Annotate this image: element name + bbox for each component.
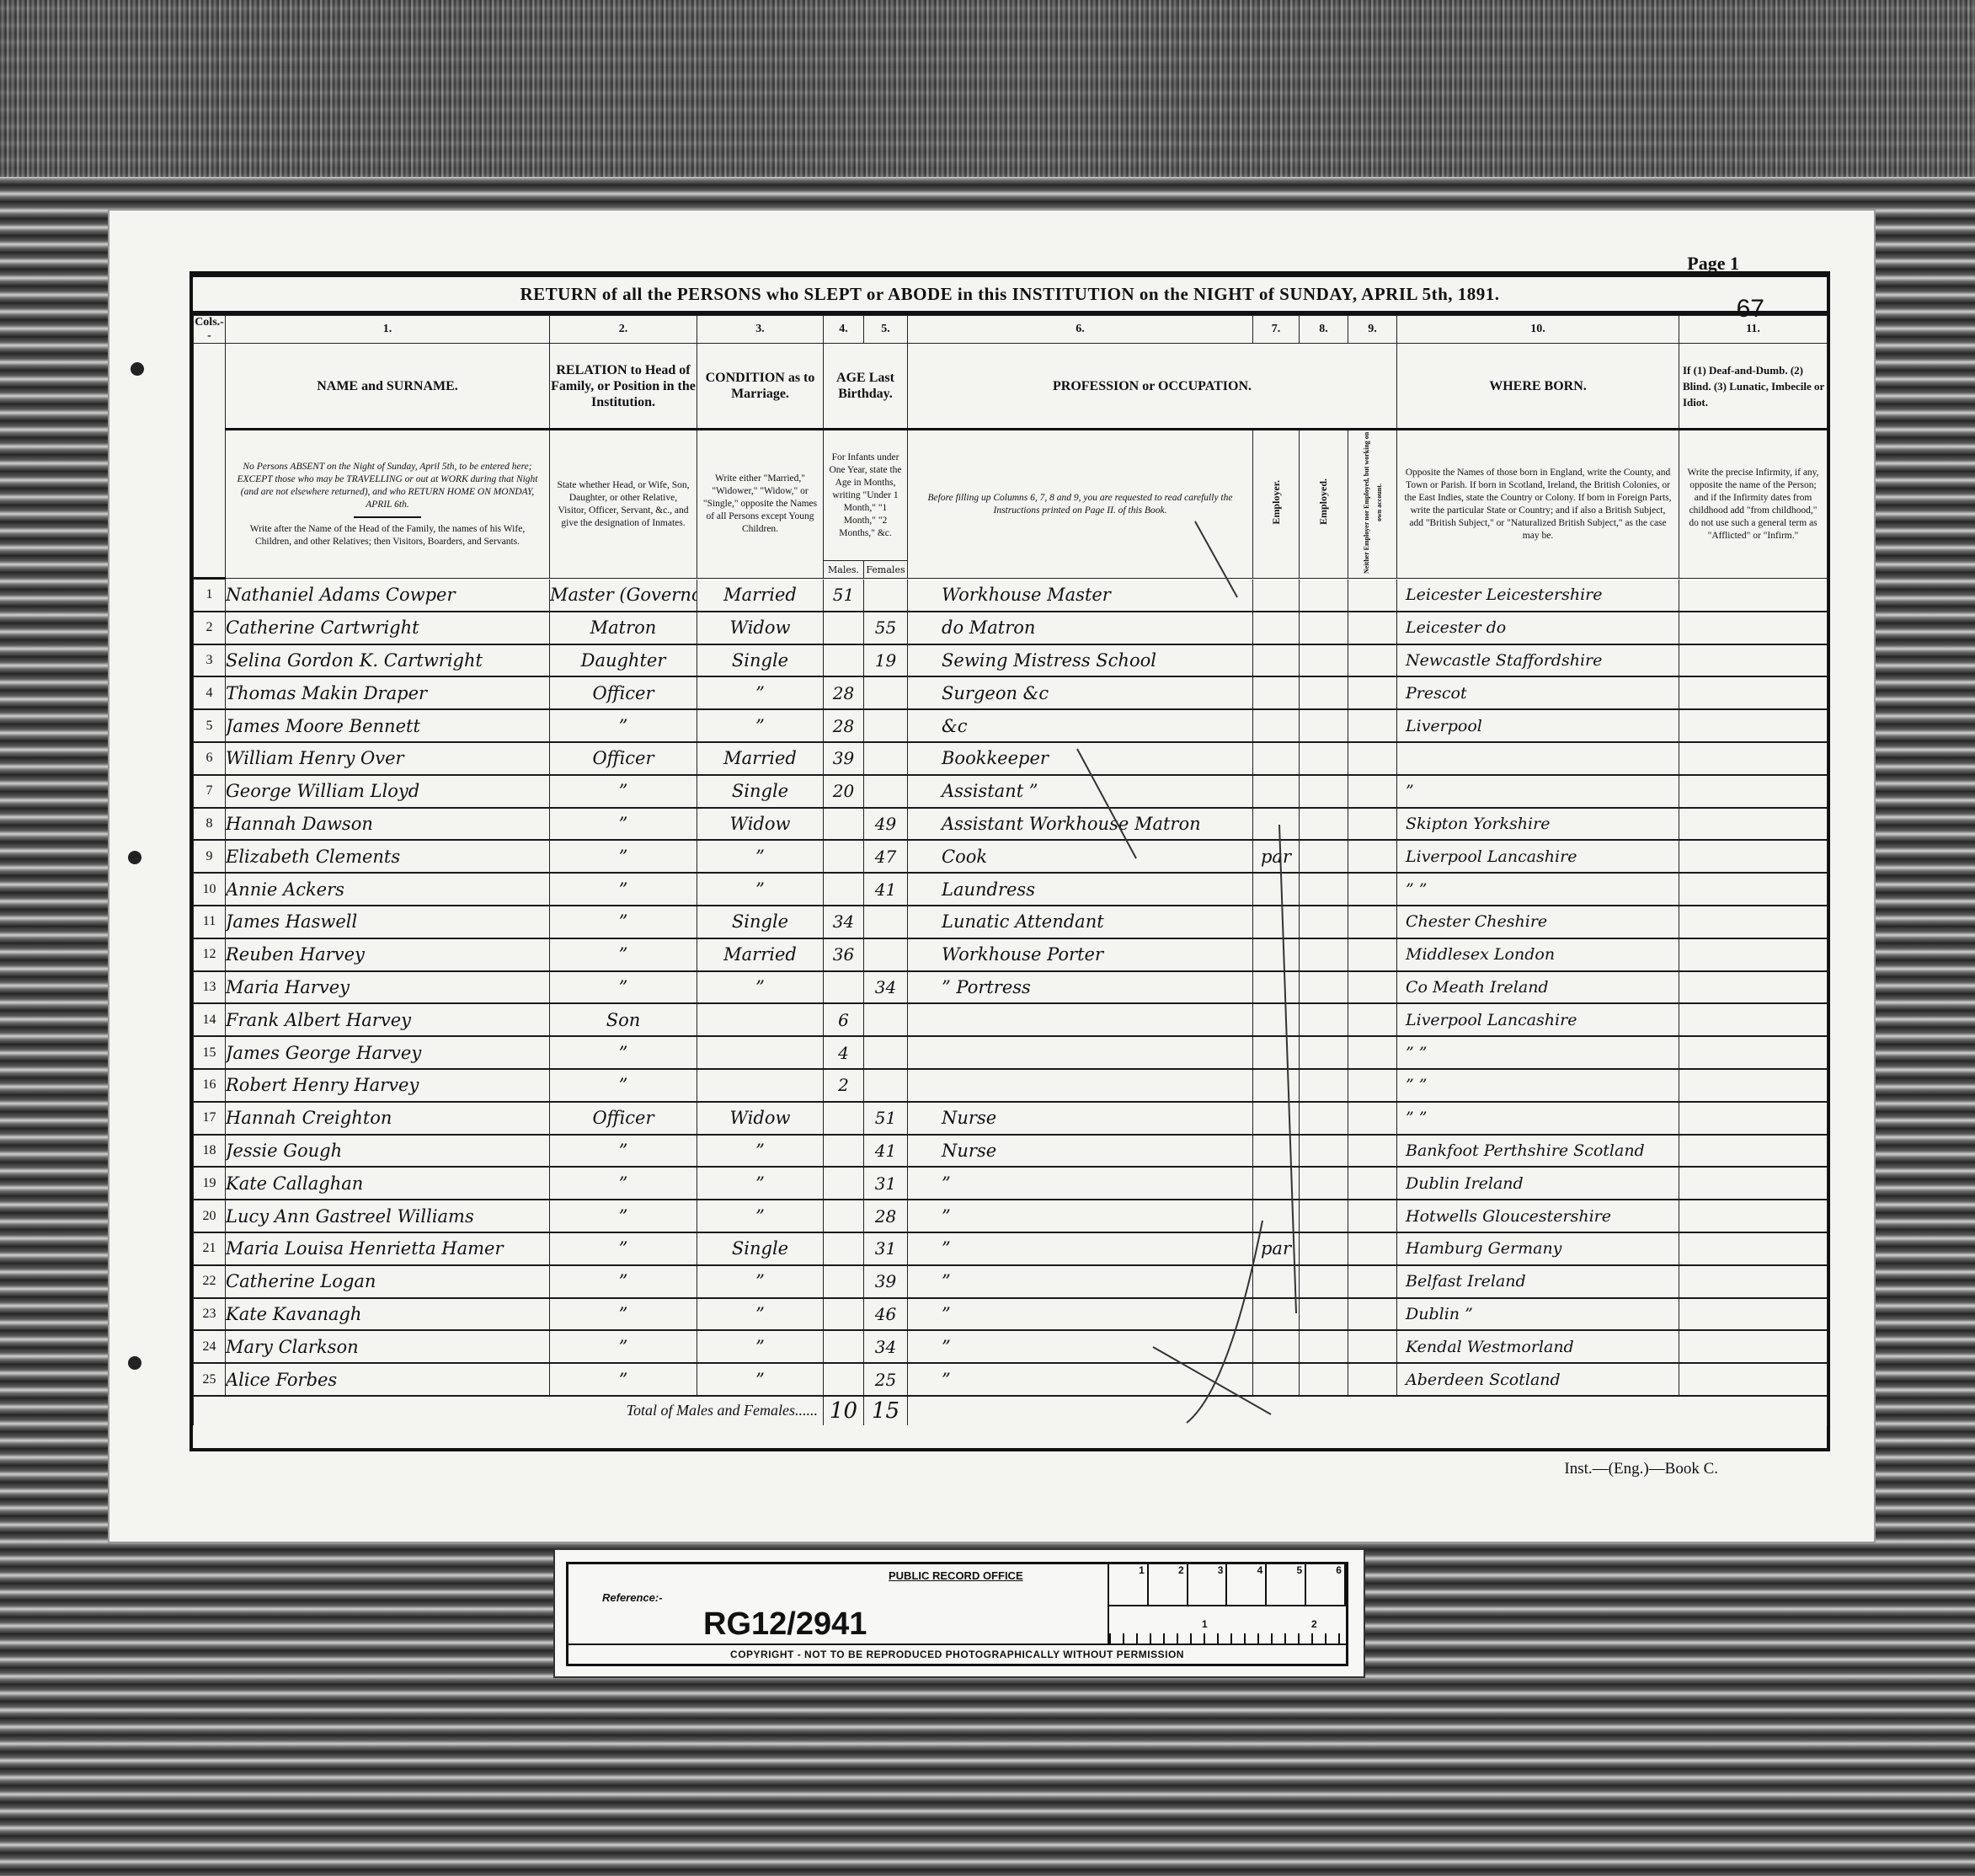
cell-no: 15: [194, 1036, 226, 1069]
cell-blank: [1679, 938, 1828, 971]
cell-male-age: [824, 644, 864, 677]
cell-relation: Officer: [550, 742, 697, 775]
cell-occupation: Nurse: [908, 1102, 1253, 1135]
cell-occupation: ”: [908, 1167, 1253, 1200]
cell-blank: [1679, 1363, 1828, 1396]
instr-condition: Write either "Married," "Widower," "Wido…: [697, 430, 824, 579]
scale-ticks: [1109, 1605, 1346, 1645]
cell-occupation: [908, 1003, 1253, 1036]
cell-female-age: [864, 1003, 908, 1036]
cell-blank: [1300, 1003, 1348, 1036]
cell-occupation: ”: [908, 1200, 1253, 1232]
cell-name: Annie Ackers: [226, 873, 550, 906]
cell-blank: [1679, 1003, 1828, 1036]
cell-born: Co Meath Ireland: [1397, 971, 1679, 1004]
cell-name: James George Harvey: [226, 1036, 550, 1069]
col-num: 1.: [226, 316, 550, 344]
col-num: 2.: [550, 316, 697, 344]
cell-occupation: Assistant ”: [908, 775, 1253, 808]
cell-relation: ”: [550, 1069, 697, 1102]
cell-no: 4: [194, 676, 226, 709]
cell-blank: [1348, 906, 1397, 938]
table-row: 19Kate Callaghan””31”Dublin Ireland: [194, 1167, 1828, 1200]
cell-condition: ”: [697, 873, 824, 906]
cell-name: Lucy Ann Gastreel Williams: [226, 1200, 550, 1232]
header-relation: RELATION to Head of Family, or Position …: [550, 344, 697, 430]
cell-blank: [1300, 742, 1348, 775]
cell-condition: ”: [697, 1167, 824, 1200]
row-number-header: [194, 344, 226, 579]
cell-name: Nathaniel Adams Cowper: [226, 580, 550, 612]
cell-blank: [1300, 840, 1348, 873]
table-row: 4Thomas Makin DraperOfficer”28Surgeon &c…: [194, 676, 1828, 709]
cell-name: Alice Forbes: [226, 1363, 550, 1396]
scale-tick: 6: [1306, 1564, 1346, 1605]
cell-emp-note: [1253, 938, 1300, 971]
cell-female-age: 19: [864, 644, 908, 677]
scale-tick: 5: [1267, 1564, 1306, 1605]
cell-occupation: Laundress: [908, 873, 1253, 906]
cell-blank: [1300, 1102, 1348, 1135]
cell-no: 17: [194, 1102, 226, 1135]
cell-blank: [1348, 742, 1397, 775]
col-num: 4.: [824, 316, 864, 344]
copyright-notice: COPYRIGHT - NOT TO BE REPRODUCED PHOTOGR…: [568, 1644, 1346, 1664]
reference-slip-frame: PUBLIC RECORD OFFICE Reference:- RG12/29…: [566, 1562, 1348, 1666]
instr-infirmity: Write the precise Infirmity, if any, opp…: [1679, 430, 1828, 579]
cell-blank: [1300, 1363, 1348, 1396]
cell-relation: ”: [550, 1363, 697, 1396]
cell-blank: [1348, 580, 1397, 612]
cell-name: Thomas Makin Draper: [226, 676, 550, 709]
cell-male-age: [824, 1135, 864, 1168]
cell-emp-note: [1253, 906, 1300, 938]
table-row: 17Hannah CreightonOfficerWidow51Nurse ” …: [194, 1102, 1828, 1135]
cell-no: 19: [194, 1167, 226, 1200]
cell-name: James Moore Bennett: [226, 709, 550, 742]
cell-born: Prescot: [1397, 676, 1679, 709]
cell-blank: [1348, 1069, 1397, 1102]
cell-emp-note: par: [1253, 1232, 1300, 1265]
totals-blank: [908, 1396, 1828, 1425]
cell-emp-note: [1253, 775, 1300, 808]
table-row: 20Lucy Ann Gastreel Williams””28”Hotwell…: [194, 1200, 1828, 1232]
entries-table: 1Nathaniel Adams CowperMaster (Governor)…: [193, 580, 1828, 1425]
cell-emp-note: par: [1253, 840, 1300, 873]
cell-condition: [697, 1036, 824, 1069]
cell-blank: [1300, 644, 1348, 677]
cell-blank: [1348, 808, 1397, 841]
cell-name: Selina Gordon K. Cartwright: [226, 644, 550, 677]
table-row: 13Maria Harvey””34” PortressCo Meath Ire…: [194, 971, 1828, 1004]
table-row: 2Catherine CartwrightMatronWidow55do Mat…: [194, 612, 1828, 644]
cell-no: 24: [194, 1330, 226, 1363]
cell-blank: [1679, 709, 1828, 742]
cell-occupation: Lunatic Attendant: [908, 906, 1253, 938]
cell-no: 18: [194, 1135, 226, 1168]
cell-occupation: ”: [908, 1330, 1253, 1363]
header-where-born: WHERE BORN.: [1397, 344, 1679, 430]
cell-occupation: ”: [908, 1363, 1253, 1396]
cell-female-age: 28: [864, 1200, 908, 1232]
cell-female-age: 41: [864, 1135, 908, 1168]
cell-emp-note: [1253, 873, 1300, 906]
cell-occupation: Nurse: [908, 1135, 1253, 1168]
table-row: 8Hannah Dawson”Widow49Assistant Workhous…: [194, 808, 1828, 841]
instr-occupation: Before filling up Columns 6, 7, 8 and 9,…: [908, 430, 1253, 579]
cell-male-age: [824, 1265, 864, 1298]
instr-where-born: Opposite the Names of those born in Engl…: [1397, 430, 1679, 579]
cell-relation: ”: [550, 808, 697, 841]
cell-condition: ”: [697, 971, 824, 1004]
scale-tick: 2: [1149, 1564, 1188, 1605]
cell-no: 5: [194, 709, 226, 742]
census-page: Page 1 67 RETURN of all the PERSONS who …: [109, 211, 1874, 1542]
cell-male-age: 36: [824, 938, 864, 971]
cell-occupation: [908, 1069, 1253, 1102]
table-row: 16Robert Henry Harvey”2 ” ”: [194, 1069, 1828, 1102]
col-num: 3.: [697, 316, 824, 344]
cell-blank: [1348, 1200, 1397, 1232]
table-row: 25Alice Forbes””25”Aberdeen Scotland: [194, 1363, 1828, 1396]
cell-emp-note: [1253, 971, 1300, 1004]
cell-blank: [1679, 1298, 1828, 1331]
scale-tick: 1: [1109, 1564, 1149, 1605]
cell-blank: [1300, 1036, 1348, 1069]
cell-blank: [1348, 971, 1397, 1004]
cell-blank: [1679, 1069, 1828, 1102]
cell-relation: ”: [550, 1232, 697, 1265]
cell-no: 9: [194, 840, 226, 873]
cols-label: Cols.--: [194, 316, 226, 344]
cell-blank: [1348, 840, 1397, 873]
punch-hole-icon: [131, 362, 144, 376]
cell-female-age: 39: [864, 1265, 908, 1298]
cell-born: Hotwells Gloucestershire: [1397, 1200, 1679, 1232]
cell-blank: [1679, 612, 1828, 644]
cell-no: 1: [194, 580, 226, 612]
census-form: RETURN of all the PERSONS who SLEPT or A…: [189, 271, 1830, 1451]
cell-blank: [1300, 906, 1348, 938]
cell-no: 3: [194, 644, 226, 677]
totals-row: Total of Males and Females...... 10 15: [194, 1396, 1828, 1425]
instr-name: No Persons ABSENT on the Night of Sunday…: [226, 430, 550, 579]
cell-female-age: [864, 580, 908, 612]
cell-relation: ”: [550, 1298, 697, 1331]
scale-top: 1 2 3 4 5 6: [1109, 1564, 1346, 1606]
cell-female-age: 34: [864, 1330, 908, 1363]
cell-male-age: [824, 840, 864, 873]
total-females: 15: [864, 1396, 908, 1425]
cell-male-age: [824, 1232, 864, 1265]
cell-blank: [1300, 775, 1348, 808]
cell-condition: ”: [697, 1298, 824, 1331]
cell-blank: [1679, 906, 1828, 938]
cell-born: ” ”: [1397, 873, 1679, 906]
cell-blank: [1300, 612, 1348, 644]
cell-name: Catherine Logan: [226, 1265, 550, 1298]
cell-condition: ”: [697, 676, 824, 709]
cell-born: ”: [1397, 775, 1679, 808]
cell-no: 23: [194, 1298, 226, 1331]
employer-label: Employer.: [1270, 480, 1283, 525]
cell-name: Maria Louisa Henrietta Hamer: [226, 1232, 550, 1265]
cell-blank: [1679, 1200, 1828, 1232]
cell-name: Elizabeth Clements: [226, 840, 550, 873]
cell-blank: [1679, 1036, 1828, 1069]
cell-relation: Matron: [550, 612, 697, 644]
cell-male-age: [824, 1298, 864, 1331]
table-row: 12Reuben Harvey”Married36Workhouse Porte…: [194, 938, 1828, 971]
reference-label: Reference:-: [602, 1591, 663, 1604]
cell-occupation: ”: [908, 1265, 1253, 1298]
cell-condition: ”: [697, 1265, 824, 1298]
cell-relation: Officer: [550, 1102, 697, 1135]
cell-name: Robert Henry Harvey: [226, 1069, 550, 1102]
table-row: 7George William Lloyd”Single20Assistant …: [194, 775, 1828, 808]
cell-relation: ”: [550, 1135, 697, 1168]
cell-emp-note: [1253, 1298, 1300, 1331]
reference-number: RG12/2941: [703, 1606, 867, 1643]
cell-occupation: ”: [908, 1232, 1253, 1265]
cell-born: Belfast Ireland: [1397, 1265, 1679, 1298]
cell-born: Chester Cheshire: [1397, 906, 1679, 938]
punch-hole-icon: [128, 851, 141, 864]
cell-female-age: [864, 906, 908, 938]
cell-no: 7: [194, 775, 226, 808]
cell-born: Newcastle Staffordshire: [1397, 644, 1679, 677]
cell-relation: Daughter: [550, 644, 697, 677]
cell-blank: [1679, 1232, 1828, 1265]
cell-male-age: 28: [824, 709, 864, 742]
cell-born: Skipton Yorkshire: [1397, 808, 1679, 841]
cell-blank: [1679, 1167, 1828, 1200]
cell-no: 11: [194, 906, 226, 938]
cell-blank: [1300, 1330, 1348, 1363]
cell-relation: ”: [550, 971, 697, 1004]
cell-female-age: [864, 938, 908, 971]
cell-relation: Son: [550, 1003, 697, 1036]
cell-relation: ”: [550, 775, 697, 808]
cell-born: Dublin ”: [1397, 1298, 1679, 1331]
cell-relation: Master (Governor): [550, 580, 697, 612]
cell-condition: Widow: [697, 612, 824, 644]
cell-born: Leicester do: [1397, 612, 1679, 644]
table-row: 22Catherine Logan””39”Belfast Ireland: [194, 1265, 1828, 1298]
cell-no: 12: [194, 938, 226, 971]
cell-emp-note: [1253, 1135, 1300, 1168]
cell-no: 16: [194, 1069, 226, 1102]
cell-condition: Single: [697, 906, 824, 938]
cell-blank: [1679, 1265, 1828, 1298]
cell-blank: [1348, 644, 1397, 677]
column-number-row: Cols.-- 1. 2. 3. 4. 5. 6. 7. 8. 9. 10. 1…: [194, 316, 1828, 344]
cell-male-age: [824, 1200, 864, 1232]
cell-male-age: 28: [824, 676, 864, 709]
cell-male-age: 20: [824, 775, 864, 808]
cell-no: 14: [194, 1003, 226, 1036]
cell-no: 21: [194, 1232, 226, 1265]
cell-female-age: 25: [864, 1363, 908, 1396]
cell-name: Maria Harvey: [226, 971, 550, 1004]
females-label: Females: [864, 561, 908, 579]
cell-condition: ”: [697, 1200, 824, 1232]
cell-male-age: [824, 1167, 864, 1200]
cell-male-age: [824, 971, 864, 1004]
employed-label: Employed.: [1317, 478, 1330, 525]
instr-employed: Employed.: [1300, 430, 1348, 579]
table-row: 9Elizabeth Clements””47CookparLiverpool …: [194, 840, 1828, 873]
cell-relation: ”: [550, 1265, 697, 1298]
instr-relation: State whether Head, or Wife, Son, Daught…: [550, 430, 697, 579]
cell-no: 10: [194, 873, 226, 906]
cell-blank: [1348, 1330, 1397, 1363]
table-row: 24Mary Clarkson””34”Kendal Westmorland: [194, 1330, 1828, 1363]
instr-name-text-2: Write after the Name of the Head of the …: [231, 523, 544, 548]
cell-blank: [1348, 1102, 1397, 1135]
cell-relation: ”: [550, 709, 697, 742]
scale-ruler: 1 2 3 4 5 6 1 2: [1108, 1564, 1346, 1645]
cell-condition: [697, 1003, 824, 1036]
cell-blank: [1348, 1003, 1397, 1036]
cell-born: Dublin Ireland: [1397, 1167, 1679, 1200]
cell-name: Reuben Harvey: [226, 938, 550, 971]
cell-blank: [1300, 1135, 1348, 1168]
cell-name: Catherine Cartwright: [226, 612, 550, 644]
cell-female-age: 51: [864, 1102, 908, 1135]
males-label: Males.: [824, 561, 864, 579]
cell-relation: ”: [550, 906, 697, 938]
cell-occupation: Cook: [908, 840, 1253, 873]
cell-female-age: 49: [864, 808, 908, 841]
cell-name: Frank Albert Harvey: [226, 1003, 550, 1036]
cell-emp-note: [1253, 1330, 1300, 1363]
cell-blank: [1679, 1330, 1828, 1363]
cell-emp-note: [1253, 1200, 1300, 1232]
cell-emp-note: [1253, 580, 1300, 612]
cell-male-age: 39: [824, 742, 864, 775]
cell-blank: [1679, 808, 1828, 841]
header-row: NAME and SURNAME. RELATION to Head of Fa…: [194, 344, 1828, 430]
cell-blank: [1300, 1069, 1348, 1102]
cell-occupation: &c: [908, 709, 1253, 742]
cell-emp-note: [1253, 644, 1300, 677]
cell-female-age: [864, 775, 908, 808]
cell-blank: [1679, 580, 1828, 612]
cell-relation: ”: [550, 873, 697, 906]
cell-female-age: 47: [864, 840, 908, 873]
cell-male-age: [824, 808, 864, 841]
cell-condition: ”: [697, 1135, 824, 1168]
cell-condition: ”: [697, 709, 824, 742]
cell-born: Middlesex London: [1397, 938, 1679, 971]
cell-male-age: [824, 1330, 864, 1363]
cell-emp-note: [1253, 1036, 1300, 1069]
form-footer: Inst.—(Eng.)—Book C.: [1564, 1460, 1718, 1478]
cell-male-age: 2: [824, 1069, 864, 1102]
cell-female-age: [864, 676, 908, 709]
cell-emp-note: [1253, 1003, 1300, 1036]
scanner-noise-band: [0, 0, 1975, 177]
cell-female-age: [864, 709, 908, 742]
col-num: 7.: [1253, 316, 1300, 344]
cell-blank: [1348, 676, 1397, 709]
table-row: 23Kate Kavanagh””46”Dublin ”: [194, 1298, 1828, 1331]
cell-blank: [1679, 775, 1828, 808]
cell-relation: ”: [550, 1330, 697, 1363]
cell-no: 22: [194, 1265, 226, 1298]
cell-name: George William Lloyd: [226, 775, 550, 808]
cell-occupation: Workhouse Porter: [908, 938, 1253, 971]
cell-no: 13: [194, 971, 226, 1004]
cell-condition: Widow: [697, 808, 824, 841]
cell-blank: [1300, 873, 1348, 906]
cell-blank: [1679, 742, 1828, 775]
cell-relation: ”: [550, 938, 697, 971]
cell-female-age: 34: [864, 971, 908, 1004]
cell-female-age: 31: [864, 1167, 908, 1200]
cell-blank: [1300, 1200, 1348, 1232]
table-row: 15James George Harvey”4 ” ”: [194, 1036, 1828, 1069]
cell-emp-note: [1253, 1265, 1300, 1298]
punch-hole-icon: [128, 1356, 141, 1370]
table-row: 18Jessie Gough””41NurseBankfoot Perthshi…: [194, 1135, 1828, 1168]
instr-age: For Infants under One Year, state the Ag…: [824, 430, 908, 561]
cell-male-age: [824, 1102, 864, 1135]
cell-condition: Married: [697, 938, 824, 971]
cell-blank: [1348, 1135, 1397, 1168]
cell-blank: [1300, 1232, 1348, 1265]
cell-name: James Haswell: [226, 906, 550, 938]
cell-emp-note: [1253, 1102, 1300, 1135]
divider: [354, 516, 421, 518]
table-row: 14Frank Albert HarveySon6Liverpool Lanca…: [194, 1003, 1828, 1036]
cell-occupation: [908, 1036, 1253, 1069]
cell-no: 2: [194, 612, 226, 644]
cell-name: Jessie Gough: [226, 1135, 550, 1168]
instructions-row: No Persons ABSENT on the Night of Sunday…: [194, 430, 1828, 561]
cell-condition: Single: [697, 644, 824, 677]
cell-blank: [1300, 580, 1348, 612]
table-row: 1Nathaniel Adams CowperMaster (Governor)…: [194, 580, 1828, 612]
cell-name: Hannah Creighton: [226, 1102, 550, 1135]
cell-born: ” ”: [1397, 1102, 1679, 1135]
cell-condition: ”: [697, 840, 824, 873]
header-age: AGE Last Birthday.: [824, 344, 908, 430]
cell-male-age: 34: [824, 906, 864, 938]
cell-emp-note: [1253, 742, 1300, 775]
cell-born: Bankfoot Perthshire Scotland: [1397, 1135, 1679, 1168]
cell-blank: [1348, 938, 1397, 971]
header-occupation: PROFESSION or OCCUPATION.: [908, 344, 1397, 430]
col-num: 11.: [1679, 316, 1828, 344]
cell-relation: ”: [550, 1167, 697, 1200]
cell-condition: Married: [697, 742, 824, 775]
cell-blank: [1348, 612, 1397, 644]
cell-blank: [1348, 1363, 1397, 1396]
cell-female-age: 31: [864, 1232, 908, 1265]
cell-female-age: [864, 1069, 908, 1102]
cell-male-age: [824, 873, 864, 906]
table-row: 21Maria Louisa Henrietta Hamer”Single31”…: [194, 1232, 1828, 1265]
cell-emp-note: [1253, 709, 1300, 742]
cell-male-age: 51: [824, 580, 864, 612]
cell-male-age: 6: [824, 1003, 864, 1036]
neither-label: Neither Employer nor Employed, but worki…: [1360, 430, 1385, 575]
total-males: 10: [824, 1396, 864, 1425]
cell-blank: [1300, 1298, 1348, 1331]
table-row: 11James Haswell”Single34Lunatic Attendan…: [194, 906, 1828, 938]
